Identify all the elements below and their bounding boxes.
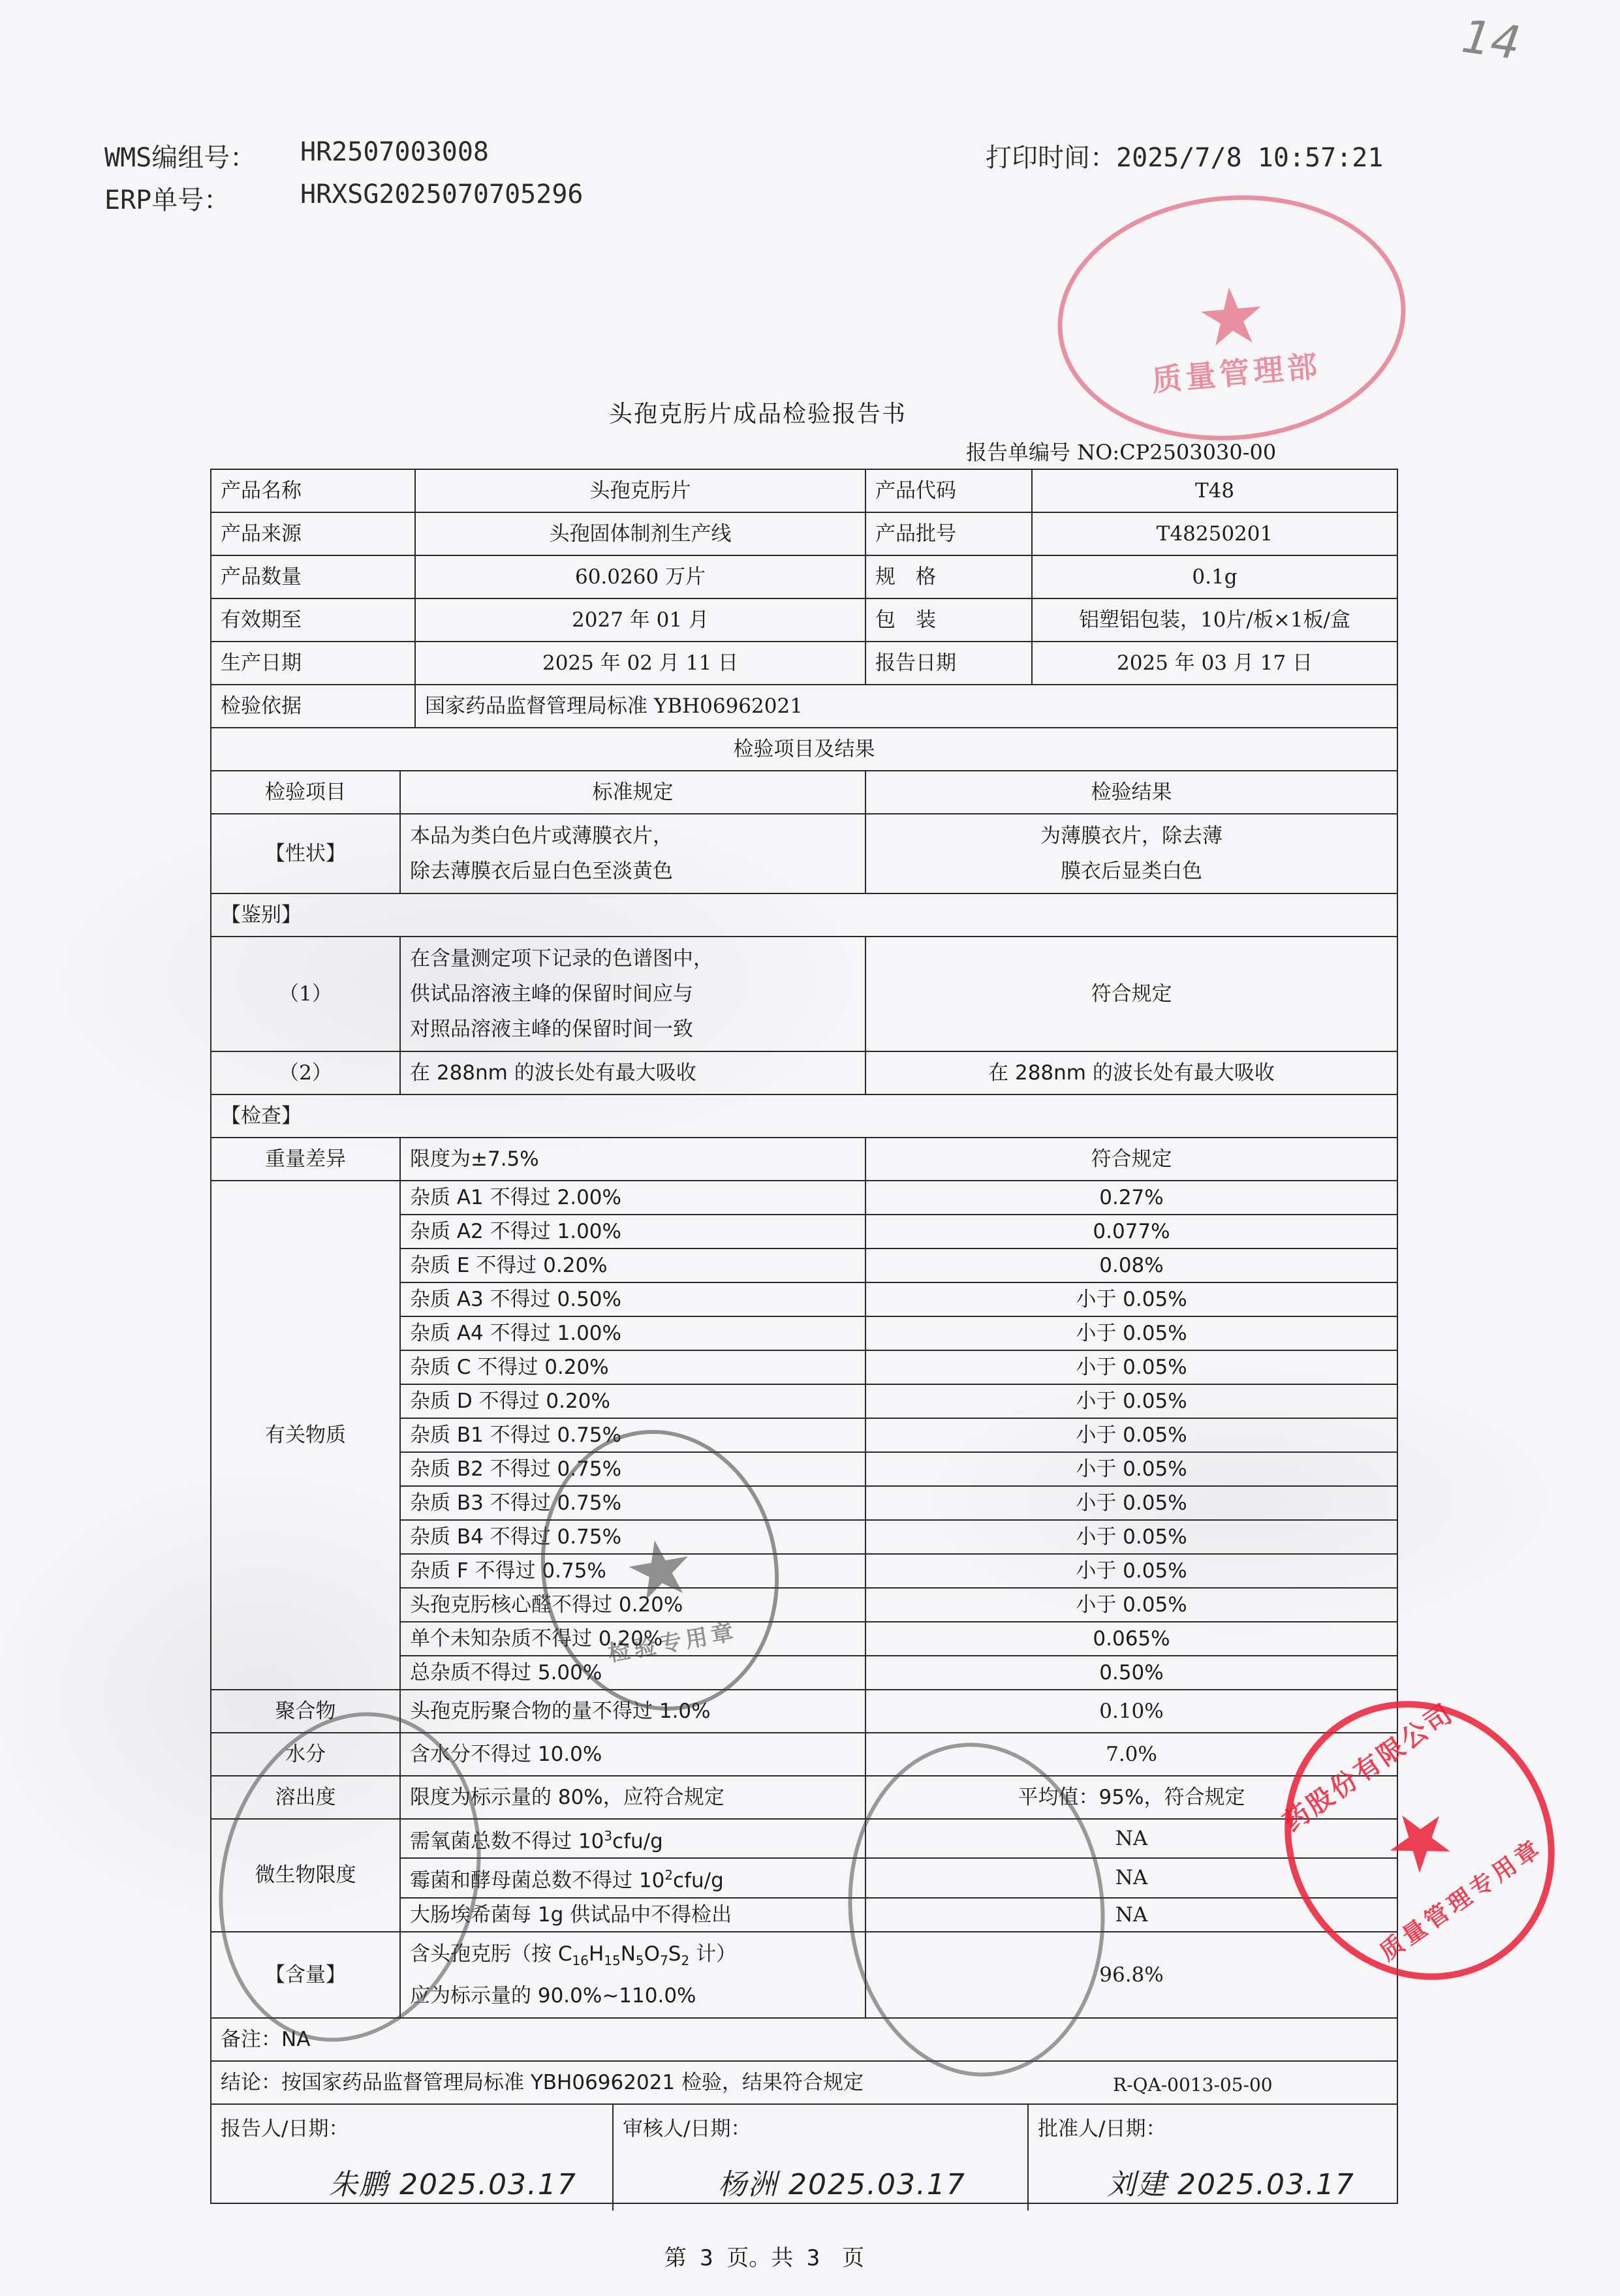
row-identification-1: （1） 在含量测定项下记录的色谱图中， 供试品溶液主峰的保留时间应与 对照品溶液…	[211, 937, 1397, 1051]
result-weight-variation: 符合规定	[865, 1138, 1397, 1181]
label-spec: 规 格	[865, 555, 1032, 598]
stamp-text: 质量管理部	[1150, 343, 1323, 400]
standard-appearance-line2: 除去薄膜衣后显白色至淡黄色	[410, 854, 856, 889]
ident-1-line1: 在含量测定项下记录的色谱图中，	[410, 941, 856, 976]
related-substance-row: 有关物质杂质 A1 不得过 2.00%0.27%	[211, 1181, 1397, 1215]
row-mfg-date: 生产日期 2025 年 02 月 11 日 报告日期 2025 年 03 月 1…	[211, 642, 1397, 685]
row-remarks: 备注：NA	[211, 2018, 1397, 2061]
related-substance-standard: 杂质 D 不得过 0.20%	[400, 1384, 865, 1418]
related-substance-standard: 杂质 B1 不得过 0.75%	[400, 1418, 865, 1452]
label-quantity: 产品数量	[211, 555, 415, 598]
row-basis: 检验依据 国家药品监督管理局标准 YBH06962021	[211, 685, 1397, 728]
related-substance-result: 小于 0.05%	[865, 1520, 1397, 1554]
ident-1-standard: 在含量测定项下记录的色谱图中， 供试品溶液主峰的保留时间应与 对照品溶液主峰的保…	[400, 937, 865, 1051]
related-substance-result: 小于 0.05%	[865, 1486, 1397, 1520]
result-appearance-line2: 膜衣后显类白色	[875, 854, 1388, 889]
result-dissolution: 平均值：95%，符合规定	[865, 1776, 1397, 1819]
reporter-cell: 报告人/日期： 朱鹏 2025.03.17	[211, 2105, 614, 2211]
value-package: 铝塑铝包装，10片/板×1板/盒	[1032, 598, 1397, 642]
related-substance-standard: 杂质 F 不得过 0.75%	[400, 1554, 865, 1588]
result-appearance-line1: 为薄膜衣片，除去薄	[875, 818, 1388, 854]
label-identification: 【鉴别】	[211, 893, 1397, 937]
related-substance-standard: 单个未知杂质不得过 0.20%	[400, 1622, 865, 1656]
reporter-label: 报告人/日期：	[221, 2117, 349, 2141]
standard-appearance-line1: 本品为类白色片或薄膜衣片，	[410, 818, 856, 854]
label-package: 包 装	[865, 598, 1032, 642]
row-quantity: 产品数量 60.0260 万片 规 格 0.1g	[211, 555, 1397, 598]
related-substance-result: 0.08%	[865, 1249, 1397, 1282]
label-microbial-limits: 微生物限度	[211, 1819, 400, 1932]
ident-2-no: （2）	[211, 1051, 400, 1094]
row-expiry: 有效期至 2027 年 01 月 包 装 铝塑铝包装，10片/板×1板/盒	[211, 598, 1397, 642]
header-standard: 标准规定	[400, 771, 865, 814]
wms-value: HR2507003008	[300, 137, 489, 167]
row-product-name: 产品名称 头孢克肟片 产品代码 T48	[211, 469, 1397, 512]
label-weight-variation: 重量差异	[211, 1138, 400, 1181]
row-column-headers: 检验项目 标准规定 检验结果	[211, 771, 1397, 814]
related-substance-result: 小于 0.05%	[865, 1384, 1397, 1418]
related-substance-standard: 杂质 B4 不得过 0.75%	[400, 1520, 865, 1554]
label-source: 产品来源	[211, 512, 415, 555]
related-substance-result: 0.27%	[865, 1181, 1397, 1215]
value-source: 头孢固体制剂生产线	[415, 512, 865, 555]
value-product-code: T48	[1032, 469, 1397, 512]
label-basis: 检验依据	[211, 685, 415, 728]
related-substance-standard: 杂质 A1 不得过 2.00%	[400, 1181, 865, 1215]
related-substance-result: 小于 0.05%	[865, 1350, 1397, 1384]
star-icon: ★	[1193, 276, 1270, 360]
reviewer-signature: 杨洲 2025.03.17	[718, 2169, 966, 2201]
row-polymer: 聚合物 头孢克肟聚合物的量不得过 1.0% 0.10%	[211, 1690, 1397, 1733]
label-report-date: 报告日期	[865, 642, 1032, 685]
handwritten-page-mark: 14	[1459, 9, 1524, 70]
value-product-name: 头孢克肟片	[415, 469, 865, 512]
label-dissolution: 溶出度	[211, 1776, 400, 1819]
standard-appearance: 本品为类白色片或薄膜衣片， 除去薄膜衣后显白色至淡黄色	[400, 814, 865, 893]
header-result: 检验结果	[865, 771, 1397, 814]
label-product-name: 产品名称	[211, 469, 415, 512]
related-substance-result: 小于 0.05%	[865, 1418, 1397, 1452]
related-substance-result: 0.077%	[865, 1215, 1397, 1249]
result-water: 7.0%	[865, 1733, 1397, 1776]
related-substance-result: 小于 0.05%	[865, 1554, 1397, 1588]
standard-weight-variation: 限度为±7.5%	[400, 1138, 865, 1181]
label-assay: 【含量】	[211, 1932, 400, 2018]
value-quantity: 60.0260 万片	[415, 555, 865, 598]
reviewer-label: 审核人/日期：	[623, 2117, 751, 2141]
related-substance-result: 小于 0.05%	[865, 1316, 1397, 1350]
related-substance-standard: 杂质 C 不得过 0.20%	[400, 1350, 865, 1384]
label-polymer: 聚合物	[211, 1690, 400, 1733]
erp-label: ERP单号：	[104, 179, 230, 217]
approver-cell: 批准人/日期： 刘建 2025.03.17	[1029, 2105, 1397, 2211]
microbial-limits-group: 微生物限度需氧菌总数不得过 103cfu/gNA霉菌和酵母菌总数不得过 102c…	[211, 1819, 1397, 1932]
related-substance-standard: 杂质 B3 不得过 0.75%	[400, 1486, 865, 1520]
print-time-value: 2025/7/8 10:57:21	[1116, 143, 1383, 173]
form-code: R-QA-0013-05-00	[1113, 2074, 1273, 2096]
label-product-code: 产品代码	[865, 469, 1032, 512]
related-substance-standard: 头孢克肟核心醛不得过 0.20%	[400, 1588, 865, 1622]
label-batch: 产品批号	[865, 512, 1032, 555]
related-substance-standard: 杂质 E 不得过 0.20%	[400, 1249, 865, 1282]
row-signatures: 报告人/日期： 朱鹏 2025.03.17 审核人/日期： 杨洲 2025.03…	[211, 2104, 1397, 2203]
signatures-row: 报告人/日期： 朱鹏 2025.03.17 审核人/日期： 杨洲 2025.03…	[211, 2105, 1397, 2203]
ident-1-result: 符合规定	[865, 937, 1397, 1051]
wms-group-number: WMS编组号： HR2507003008	[104, 137, 256, 174]
section-title: 检验项目及结果	[211, 728, 1397, 771]
related-substance-result: 0.50%	[865, 1656, 1397, 1690]
row-dissolution: 溶出度 限度为标示量的 80%，应符合规定 平均值：95%，符合规定	[211, 1776, 1397, 1819]
row-inspection-heading: 【检查】	[211, 1094, 1397, 1138]
related-substances-group: 有关物质杂质 A1 不得过 2.00%0.27%杂质 A2 不得过 1.00%0…	[211, 1181, 1397, 1690]
inspection-report-table: 产品名称 头孢克肟片 产品代码 T48 产品来源 头孢固体制剂生产线 产品批号 …	[210, 469, 1398, 2204]
label-mfg-date: 生产日期	[211, 642, 415, 685]
related-substance-result: 0.065%	[865, 1622, 1397, 1656]
microbial-result: NA	[865, 1898, 1397, 1932]
related-substance-result: 小于 0.05%	[865, 1588, 1397, 1622]
standard-dissolution: 限度为标示量的 80%，应符合规定	[400, 1776, 865, 1819]
value-expiry: 2027 年 01 月	[415, 598, 865, 642]
page-footer: 第 3 页。共 3 页	[0, 2240, 1620, 2272]
related-substance-standard: 杂质 A3 不得过 0.50%	[400, 1282, 865, 1316]
remarks: 备注：NA	[211, 2018, 1397, 2061]
microbial-result: NA	[865, 1858, 1397, 1897]
result-appearance: 为薄膜衣片，除去薄 膜衣后显类白色	[865, 814, 1397, 893]
print-time: 打印时间：2025/7/8 10:57:21	[986, 137, 1383, 174]
row-identification-2: （2） 在 288nm 的波长处有最大吸收 在 288nm 的波长处有最大吸收	[211, 1051, 1397, 1094]
ident-2-standard: 在 288nm 的波长处有最大吸收	[400, 1051, 865, 1094]
row-appearance: 【性状】 本品为类白色片或薄膜衣片， 除去薄膜衣后显白色至淡黄色 为薄膜衣片，除…	[211, 814, 1397, 893]
value-report-date: 2025 年 03 月 17 日	[1032, 642, 1397, 685]
header-item: 检验项目	[211, 771, 400, 814]
microbial-standard: 需氧菌总数不得过 103cfu/g	[400, 1819, 865, 1858]
stamp-text: 质量管理专用章	[1372, 1830, 1548, 1967]
result-assay: 96.8%	[865, 1932, 1397, 2018]
row-identification-heading: 【鉴别】	[211, 893, 1397, 937]
page-number-text: 第 3 页。共 3 页	[664, 2245, 864, 2271]
value-batch: T48250201	[1032, 512, 1397, 555]
value-mfg-date: 2025 年 02 月 11 日	[415, 642, 865, 685]
wms-label: WMS编组号：	[104, 137, 256, 174]
label-water: 水分	[211, 1733, 400, 1776]
row-assay: 【含量】 含头孢克肟（按 C16H15N5O7S2 计） 应为标示量的 90.0…	[211, 1932, 1397, 2018]
microbial-standard: 大肠埃希菌每 1g 供试品中不得检出	[400, 1898, 865, 1932]
label-related-substances: 有关物质	[211, 1181, 400, 1690]
ident-1-line3: 对照品溶液主峰的保留时间一致	[410, 1012, 856, 1047]
print-time-label: 打印时间：	[986, 143, 1116, 173]
report-title-text: 头孢克肟片成品检验报告书	[609, 401, 907, 427]
standard-water: 含水分不得过 10.0%	[400, 1733, 865, 1776]
row-product-source: 产品来源 头孢固体制剂生产线 产品批号 T48250201	[211, 512, 1397, 555]
standard-assay: 含头孢克肟（按 C16H15N5O7S2 计） 应为标示量的 90.0%~110…	[400, 1932, 865, 2018]
approver-label: 批准人/日期：	[1038, 2117, 1166, 2141]
result-polymer: 0.10%	[865, 1690, 1397, 1733]
signatures-cell: 报告人/日期： 朱鹏 2025.03.17 审核人/日期： 杨洲 2025.03…	[211, 2104, 1397, 2203]
value-basis: 国家药品监督管理局标准 YBH06962021	[415, 685, 1397, 728]
row-water: 水分 含水分不得过 10.0% 7.0%	[211, 1733, 1397, 1776]
related-substance-standard: 总杂质不得过 5.00%	[400, 1656, 865, 1690]
approver-signature: 刘建 2025.03.17	[1107, 2169, 1355, 2201]
ident-1-no: （1）	[211, 937, 400, 1051]
row-section-title: 检验项目及结果	[211, 728, 1397, 771]
report-number: 报告单编号 NO:CP2503030-00	[966, 436, 1276, 466]
reviewer-cell: 审核人/日期： 杨洲 2025.03.17	[614, 2105, 1029, 2211]
label-appearance: 【性状】	[211, 814, 400, 893]
related-substance-result: 小于 0.05%	[865, 1452, 1397, 1486]
related-substance-standard: 杂质 B2 不得过 0.75%	[400, 1452, 865, 1486]
erp-order-number: ERP单号： HRXSG2025070705296	[104, 179, 230, 217]
ident-2-result: 在 288nm 的波长处有最大吸收	[865, 1051, 1397, 1094]
related-substance-result: 小于 0.05%	[865, 1282, 1397, 1316]
erp-value: HRXSG2025070705296	[300, 179, 583, 209]
related-substance-standard: 杂质 A4 不得过 1.00%	[400, 1316, 865, 1350]
ident-1-line2: 供试品溶液主峰的保留时间应与	[410, 976, 856, 1012]
label-expiry: 有效期至	[211, 598, 415, 642]
report-title: 头孢克肟片成品检验报告书	[0, 396, 1620, 429]
row-weight-variation: 重量差异 限度为±7.5% 符合规定	[211, 1138, 1397, 1181]
related-substance-standard: 杂质 A2 不得过 1.00%	[400, 1215, 865, 1249]
assay-line2: 应为标示量的 90.0%~110.0%	[410, 1978, 856, 2013]
reporter-signature: 朱鹏 2025.03.17	[329, 2169, 577, 2201]
microbial-row: 微生物限度需氧菌总数不得过 103cfu/gNA	[211, 1819, 1397, 1858]
value-spec: 0.1g	[1032, 555, 1397, 598]
microbial-result: NA	[865, 1819, 1397, 1858]
standard-polymer: 头孢克肟聚合物的量不得过 1.0%	[400, 1690, 865, 1733]
assay-line1: 含头孢克肟（按 C16H15N5O7S2 计）	[410, 1936, 856, 1978]
label-inspection: 【检查】	[211, 1094, 1397, 1138]
microbial-standard: 霉菌和酵母菌总数不得过 102cfu/g	[400, 1858, 865, 1897]
